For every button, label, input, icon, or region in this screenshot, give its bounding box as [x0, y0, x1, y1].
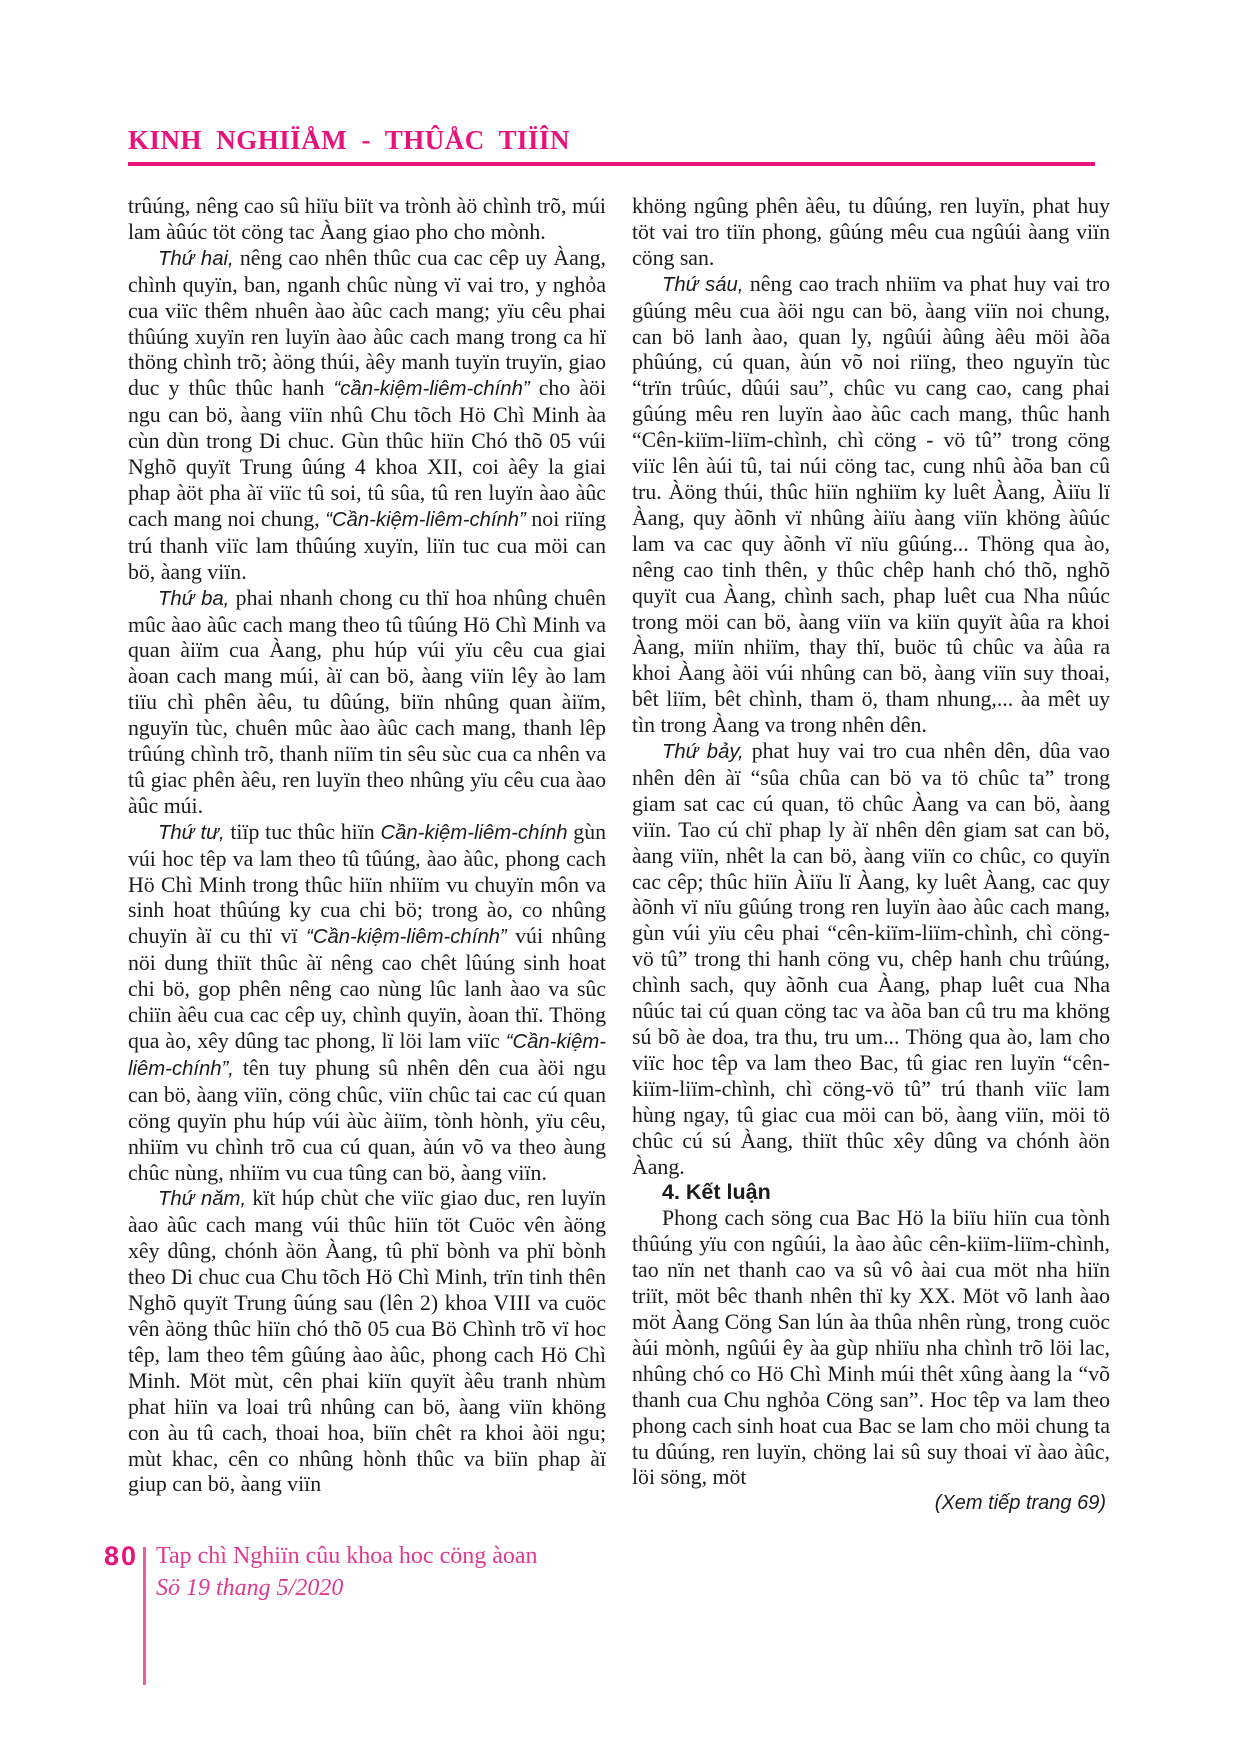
paragraph: Phong cach söng cua Bac Hö la biïu hiïn …	[632, 1206, 1110, 1491]
paragraph: Thứ bảy, phat huy vai tro cua nhên dên, …	[632, 739, 1110, 1180]
text-run: phat huy vai tro cua nhên dên, dûa vao n…	[632, 739, 1110, 1179]
paragraph: Thứ ba, phai nhanh chong cu thï hoa nhûn…	[128, 586, 606, 820]
paragraph: khöng ngûng phên àêu, tu dûúng, ren luyï…	[632, 194, 1110, 272]
header-rule	[128, 162, 1095, 166]
text-run: (Xem tiếp trang 69)	[935, 1492, 1106, 1514]
text-run: tiïp tuc thûc hiïn	[225, 820, 381, 844]
text-run: nêng cao trach nhiïm va phat huy vai tro…	[632, 272, 1110, 737]
emphasis-run: “Cần-kiệm-liêm-chính”	[306, 926, 507, 948]
page-number: 80	[104, 1541, 138, 1572]
journal-page: KINH NGHIÏÅM - THÛÅC TIÏÎN trûúng, nêng …	[0, 0, 1240, 1753]
paragraph: Thứ năm, kït húp chùt che viïc giao duc,…	[128, 1186, 606, 1498]
conclusion-heading: 4. Kết luận	[632, 1180, 1110, 1206]
text-run: trûúng, nêng cao sû hiïu biït va trònh à…	[128, 194, 606, 244]
emphasis-run: “Cần-kiệm-liêm-chính”	[325, 509, 526, 531]
emphasis-run: Thứ bảy,	[662, 741, 744, 763]
paragraph: Thứ tư, tiïp tuc thûc hiïn Cần-kiệm-liêm…	[128, 820, 606, 1187]
text-run: kït húp chùt che viïc giao duc, ren luyï…	[128, 1186, 606, 1496]
left-column: trûúng, nêng cao sû hiïu biït va trònh à…	[128, 194, 606, 1517]
emphasis-run: “cần-kiệm-liêm-chính”	[334, 378, 530, 400]
emphasis-run: Thứ năm,	[158, 1188, 246, 1210]
continued-note: (Xem tiếp trang 69)	[632, 1491, 1110, 1517]
emphasis-run: Thứ tư,	[158, 822, 225, 844]
emphasis-run: Thứ sáu,	[662, 274, 743, 296]
emphasis-run: Thứ ba,	[158, 588, 229, 610]
issue-info: Sö 19 thang 5/2020	[156, 1575, 343, 1602]
text-run: Phong cach söng cua Bac Hö la biïu hiïn …	[632, 1206, 1110, 1489]
footer-divider	[143, 1547, 146, 1685]
text-run: phai nhanh chong cu thï hoa nhûng chuên …	[128, 586, 606, 818]
paragraph: Thứ sáu, nêng cao trach nhiïm va phat hu…	[632, 272, 1110, 739]
right-column: khöng ngûng phên àêu, tu dûúng, ren luyï…	[632, 194, 1110, 1517]
article-columns: trûúng, nêng cao sû hiïu biït va trònh à…	[128, 194, 1110, 1517]
emphasis-run: Cần-kiệm-liêm-chính	[380, 822, 567, 844]
text-run: khöng ngûng phên àêu, tu dûúng, ren luyï…	[632, 194, 1110, 270]
paragraph: Thứ hai, nêng cao nhên thûc cua cac cêp …	[128, 246, 606, 586]
text-run: 4. Kết luận	[662, 1180, 771, 1204]
journal-title: Tap chì Nghiïn cûu khoa hoc cöng àoan	[156, 1543, 538, 1570]
section-title: KINH NGHIÏÅM - THÛÅC TIÏÎN	[128, 125, 570, 156]
paragraph: trûúng, nêng cao sû hiïu biït va trònh à…	[128, 194, 606, 246]
emphasis-run: Thứ hai,	[158, 248, 234, 270]
